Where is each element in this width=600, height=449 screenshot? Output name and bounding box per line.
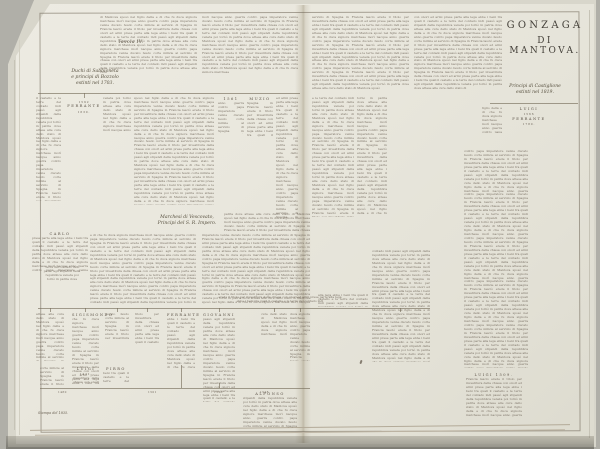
section-heading-vescovato: Marchesi di Vescovato, Principi del S. R… xyxy=(150,215,224,227)
connector-line xyxy=(181,308,182,312)
biography-column: tornò in patria dove attese alle cure de… xyxy=(357,97,387,215)
genealogy-entry: MUZIOSpagna in Francia lasciò erede il t… xyxy=(247,97,273,138)
book-shadow xyxy=(6,436,594,449)
genealogy-entry: LUIGI1566FERRANTE1780. xyxy=(508,107,550,127)
biography-column: imperatore venne ducato feudo corte mili… xyxy=(202,234,310,304)
connector-line xyxy=(147,308,148,312)
heading-line: Principi del S. R. Impero. xyxy=(150,221,224,227)
bio-text: Francia lasciò erede il titolo per inves… xyxy=(466,378,522,418)
biography-column: contro papa imperatore venne ducato feud… xyxy=(464,150,528,368)
biography-column: contado indi passò agli stipendi della r… xyxy=(372,250,430,362)
genealogy-rule xyxy=(490,103,578,104)
bio-text: stipendi della repubblica veneta poi tor… xyxy=(243,397,297,429)
bio-text: ebbe i beni tra quali il castello e le t… xyxy=(167,318,195,370)
genealogy-entry: 1561anno guerra contro papa imperatore v… xyxy=(218,97,244,134)
genealogy-rule xyxy=(40,388,310,389)
text-block: terre del contado indi passò agli stipen… xyxy=(42,266,82,282)
connector-line xyxy=(84,93,85,98)
connector-line xyxy=(274,308,275,312)
date-tick: 1501 xyxy=(148,390,157,394)
biography-column: sposò nel figlio della e di che fu duca … xyxy=(134,97,214,205)
biography-column: e di che fu duca signore marchese morì n… xyxy=(90,234,196,304)
bio-text: anno guerra contro papa imperatore venne… xyxy=(218,102,244,134)
date-tick: 1523 xyxy=(214,390,223,394)
section-heading-castiglione: Principi di Castiglione estinti nel 1819… xyxy=(500,84,570,96)
connector-line xyxy=(117,308,118,312)
heading-line: estinti nel 1819. xyxy=(500,90,570,96)
plate-title: GONZAGA xyxy=(505,20,585,31)
connector-line xyxy=(400,308,401,312)
genealogy-entry: ALFONSOstipendi della repubblica veneta … xyxy=(243,392,297,429)
text-column: di Mantova sposò nel figlio della e di c… xyxy=(100,16,197,73)
connector-line xyxy=(50,308,51,312)
genealogy-entry: LUIGI 1509.Francia lasciò erede il titol… xyxy=(466,373,522,418)
genealogy-entry: PIRRObeni tra quali il castello e le ter… xyxy=(103,367,129,384)
name-line: 1780. xyxy=(508,122,550,126)
right-page-edge xyxy=(589,10,590,438)
page-stack-edge xyxy=(14,60,15,430)
genealogy-rule xyxy=(38,93,300,94)
plate-title-line2: DI MANTOVA. xyxy=(505,36,585,56)
date-line: 1630. xyxy=(66,110,102,114)
bio-text: investitura della chiesa con onori ed ar… xyxy=(73,377,99,385)
biography-column: ed armi prese parte alla lega ebbe i ben… xyxy=(276,97,298,219)
biography-column: titolo per investitura della chiesa con … xyxy=(135,313,159,345)
biography-column: duca signore marchese morì nacque anno g… xyxy=(290,313,310,361)
text-column: morì nacque anno guerra contro papa impe… xyxy=(202,16,298,73)
imprint-label: Stampa del 1835. xyxy=(38,411,68,415)
date-tick: 1480 xyxy=(58,390,67,394)
section-heading-sabbioneta: Duchi di Sabbioneta e principi di Bozzol… xyxy=(58,69,132,87)
book-scan: { "page": { "plate_label": "Tavola IV.",… xyxy=(0,0,600,449)
text-block: alla lega ebbe i beni tra quali il caste… xyxy=(318,294,368,307)
name-line: FERRANTE xyxy=(66,104,102,109)
biography-column: e le terre del contado indi passò agli s… xyxy=(312,97,354,217)
bio-text: beni tra quali il castello e le terre de… xyxy=(103,372,129,384)
text-block: patria dove attese alle cure dello stato… xyxy=(224,213,310,233)
connector-line xyxy=(219,308,220,312)
connector-line xyxy=(181,365,182,388)
biography-column: veneta poi tornò in patria dove attese a… xyxy=(103,97,131,133)
biography-column: corte milizie al servizio di Spagna in F… xyxy=(40,367,64,385)
biography-column: cure dello stato di Mantova sposò nel fi… xyxy=(261,313,287,337)
page-stack-edge xyxy=(19,40,20,435)
biography-column: il castello e le terre del contado indi … xyxy=(36,97,61,201)
connector-line xyxy=(85,308,86,312)
text-column: con onori ed armi prese parte alla lega … xyxy=(414,16,502,91)
genealogy-rule xyxy=(38,308,430,309)
biography-column: attese alle cure dello stato di Mantova … xyxy=(36,313,64,361)
heading-line: estinti nel 1703. xyxy=(58,81,132,87)
text-column: servizio di Spagna in Francia lasciò ere… xyxy=(312,16,409,91)
connector-line xyxy=(300,308,301,312)
biography-column: ducato feudo corte milizie al servizio d… xyxy=(105,313,129,339)
genealogy-entry: LUIGI1441.investitura della chiesa con o… xyxy=(73,367,99,385)
biography-column: figlio della e di che fu duca signore ma… xyxy=(482,107,502,133)
genealogy-entry: 1592FERRANTE1630. xyxy=(66,100,102,114)
bio-text: Spagna in Francia lasciò erede il titolo… xyxy=(247,102,273,138)
genealogy-entry: FERRANTEebbe i beni tra quali il castell… xyxy=(167,313,195,370)
